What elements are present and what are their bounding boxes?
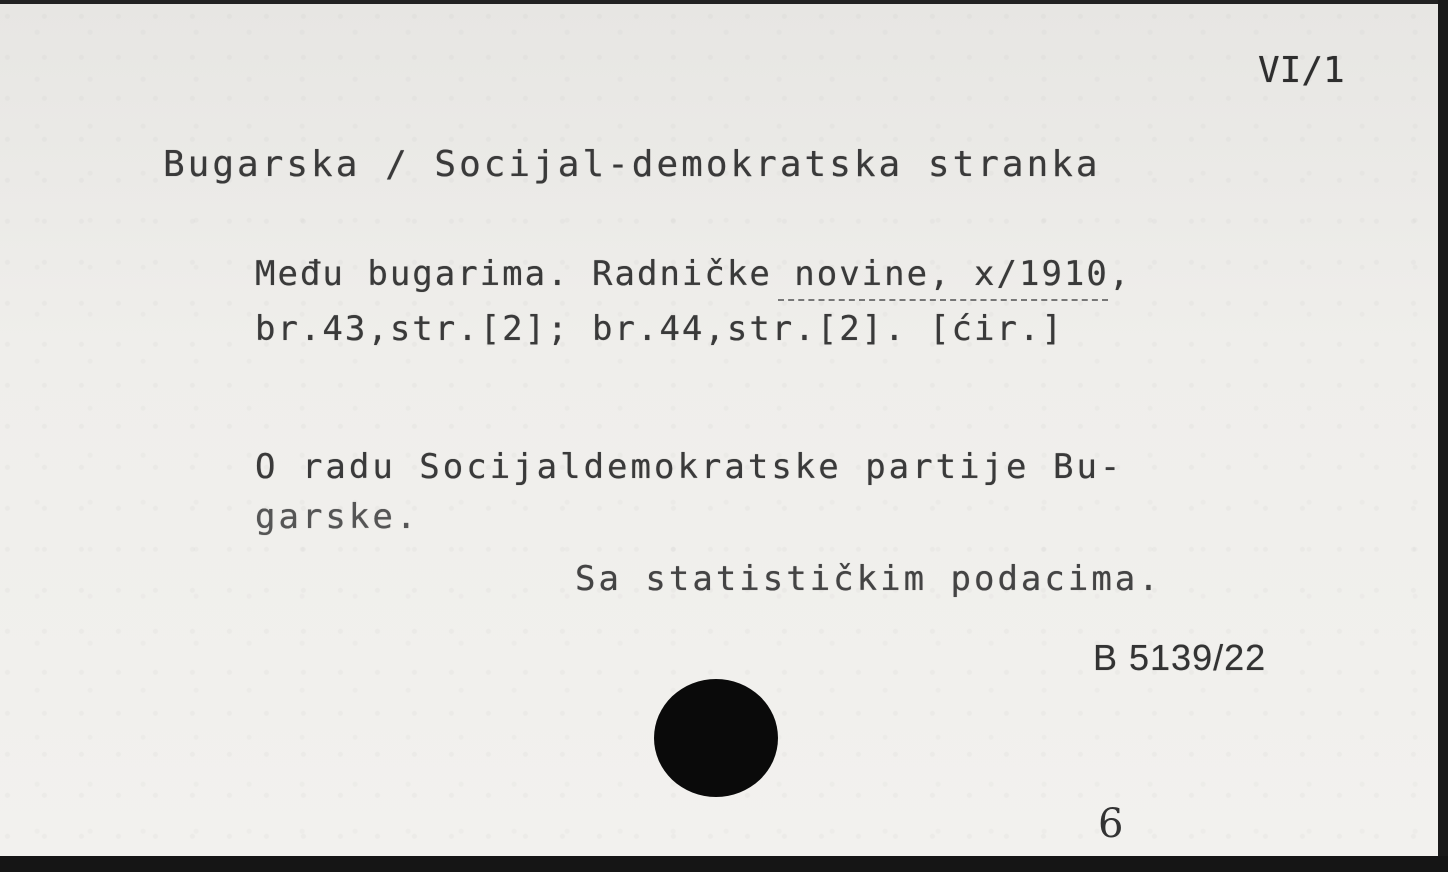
entry-1-line-1: Među bugarima. Radničke novine, x/1910, [255,254,1131,294]
entry-1-line-2: br.43,str.[2]; br.44,str.[2]. [ćir.] [255,309,1064,349]
punch-hole-icon [654,679,778,797]
entry-1-underline [778,299,1108,301]
annotation-note: Sa statističkim podacima. [575,559,1162,599]
scan-right-border [1438,0,1448,872]
scan-bottom-border [0,856,1448,872]
call-number: VI/1 [1258,50,1345,91]
catalog-number: B 5139/22 [1093,637,1266,679]
entry-2-line-2: garske. [255,497,419,537]
catalog-card: VI/1 Bugarska / Socijal-demokratska stra… [0,4,1438,856]
handwritten-mark: 6 [1098,801,1123,847]
subject-heading: Bugarska / Socijal-demokratska stranka [163,144,1101,185]
entry-2-line-1: O radu Socijaldemokratske partije Bu- [255,447,1123,487]
